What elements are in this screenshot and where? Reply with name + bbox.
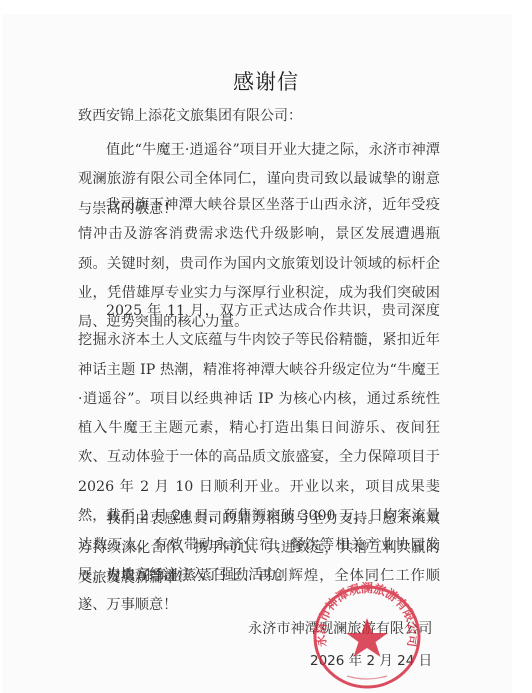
thank-you-letter: 感谢信 致西安锦上添花文旅集团有限公司： 值此“牛魔王·逍遥谷”项目开业大捷之际… (0, 0, 532, 693)
letter-salutation: 致西安锦上添花文旅集团有限公司： (78, 105, 302, 125)
company-seal-stamp: 永济市神潭观澜旅游有限公司 (307, 582, 427, 690)
letter-title: 感谢信 (0, 66, 532, 96)
star-icon (346, 618, 388, 657)
